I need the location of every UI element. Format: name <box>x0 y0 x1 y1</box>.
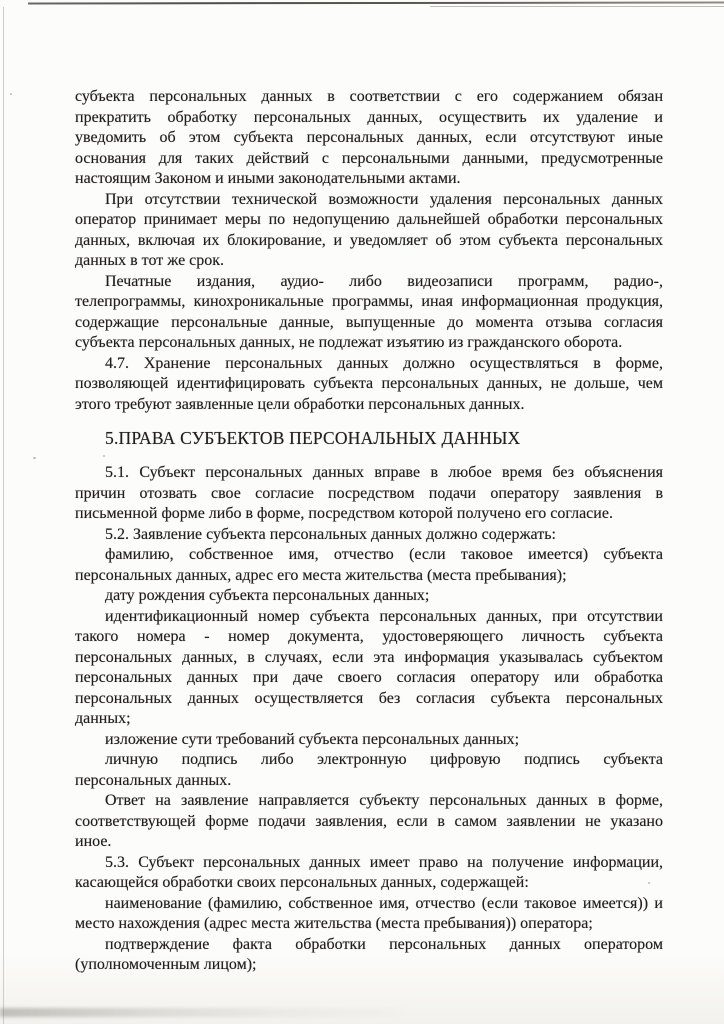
paragraph: личную подпись либо электронную цифровую… <box>75 750 663 791</box>
text-line: основания для таких действий с персональ… <box>75 149 663 170</box>
text-line: 5.ПРАВА СУБЪЕКТОВ ПЕРСОНАЛЬНЫХ ДАННЫХ <box>75 428 663 449</box>
text-line: данных в тот же срок. <box>75 251 663 272</box>
text-line: этого требуют заявленные цели обработки … <box>75 395 663 416</box>
text-line: персональных данных осуществляется без с… <box>75 689 663 710</box>
text-line: Ответ на заявление направляется субъекту… <box>75 791 663 812</box>
paragraph: 5.3. Субъект персональных данных имеет п… <box>75 853 663 894</box>
text-line: идентификационный номер субъекта персона… <box>75 607 663 628</box>
paragraph: изложение сути требований субъекта персо… <box>75 730 663 751</box>
paragraph: идентификационный номер субъекта персона… <box>75 607 663 730</box>
scan-speck <box>10 93 12 95</box>
text-line: иное. <box>75 832 663 853</box>
scan-top-edge-line-secondary <box>430 6 724 7</box>
text-line: позволяющей идентифицировать субъекта пе… <box>75 374 663 395</box>
text-line: дату рождения субъекта персональных данн… <box>75 586 663 607</box>
text-line: причин отозвать свое согласие посредство… <box>75 484 663 505</box>
text-line: субъекта персональных данных в соответст… <box>75 87 663 108</box>
paragraph: подтверждение факта обработки персональн… <box>75 935 663 976</box>
paragraph: Печатные издания, аудио- либо видеозапис… <box>75 272 663 354</box>
text-line: Печатные издания, аудио- либо видеозапис… <box>75 272 663 293</box>
text-line: подтверждение факта обработки персональн… <box>75 935 663 956</box>
text-line: данных; <box>75 709 663 730</box>
text-line: содержащие персональные данные, выпущенн… <box>75 313 663 334</box>
text-line: персональных данных при даче своего согл… <box>75 668 663 689</box>
text-line: личную подпись либо электронную цифровую… <box>75 750 663 771</box>
text-line: уведомить об этом субъекта персональных … <box>75 128 663 149</box>
text-line: персональных данных. <box>75 771 663 792</box>
section-heading: 5.ПРАВА СУБЪЕКТОВ ПЕРСОНАЛЬНЫХ ДАННЫХ <box>75 428 663 449</box>
text-line: (уполномоченным лицом); <box>75 955 663 976</box>
text-line: письменной форме либо в форме, посредств… <box>75 504 663 525</box>
text-line: субъекта персональных данных, не подлежа… <box>75 333 663 354</box>
paragraph: 5.2. Заявление субъекта персональных дан… <box>75 525 663 546</box>
text-line: изложение сути требований субъекта персо… <box>75 730 663 751</box>
text-line: место нахождения (адрес места жительства… <box>75 914 663 935</box>
scanned-document-page: субъекта персональных данных в соответст… <box>0 0 724 1024</box>
text-line: наименование (фамилию, собственное имя, … <box>75 894 663 915</box>
scan-speck <box>33 457 36 459</box>
text-line: 5.3. Субъект персональных данных имеет п… <box>75 853 663 874</box>
text-line: данных, включая их блокирование, и уведо… <box>75 231 663 252</box>
document-text: субъекта персональных данных в соответст… <box>75 87 663 976</box>
text-line: такого номера - номер документа, удостов… <box>75 627 663 648</box>
paragraph: фамилию, собственное имя, отчество (если… <box>75 545 663 586</box>
text-line: телепрограммы, кинохроникальные программ… <box>75 292 663 313</box>
paragraph: дату рождения субъекта персональных данн… <box>75 586 663 607</box>
text-line: соответствующей форме подачи заявления, … <box>75 812 663 833</box>
text-line: 5.2. Заявление субъекта персональных дан… <box>75 525 663 546</box>
paragraph: наименование (фамилию, собственное имя, … <box>75 894 663 935</box>
scan-bottom-smudge <box>0 1008 420 1017</box>
text-line: фамилию, собственное имя, отчество (если… <box>75 545 663 566</box>
text-line: 5.1. Субъект персональных данных вправе … <box>75 463 663 484</box>
text-line: касающейся обработки своих персональных … <box>75 873 663 894</box>
paragraph: При отсутствии технической возможности у… <box>75 190 663 272</box>
text-line: При отсутствии технической возможности у… <box>75 190 663 211</box>
text-line: прекратить обработку персональных данных… <box>75 108 663 129</box>
paragraph: Ответ на заявление направляется субъекту… <box>75 791 663 853</box>
text-line: персональных данных, в случаях, если эта… <box>75 648 663 669</box>
text-line: оператор принимает меры по недопущению д… <box>75 210 663 231</box>
paragraph: субъекта персональных данных в соответст… <box>75 87 663 190</box>
paragraph: 4.7. Хранение персональных данных должно… <box>75 354 663 416</box>
scan-left-edge-line <box>3 7 4 1024</box>
scan-top-edge-line <box>28 2 724 5</box>
paragraph: 5.1. Субъект персональных данных вправе … <box>75 463 663 525</box>
text-line: настоящим Законом и иными законодательны… <box>75 169 663 190</box>
text-line: 4.7. Хранение персональных данных должно… <box>75 354 663 375</box>
text-line: персональных данных, адрес его места жит… <box>75 566 663 587</box>
